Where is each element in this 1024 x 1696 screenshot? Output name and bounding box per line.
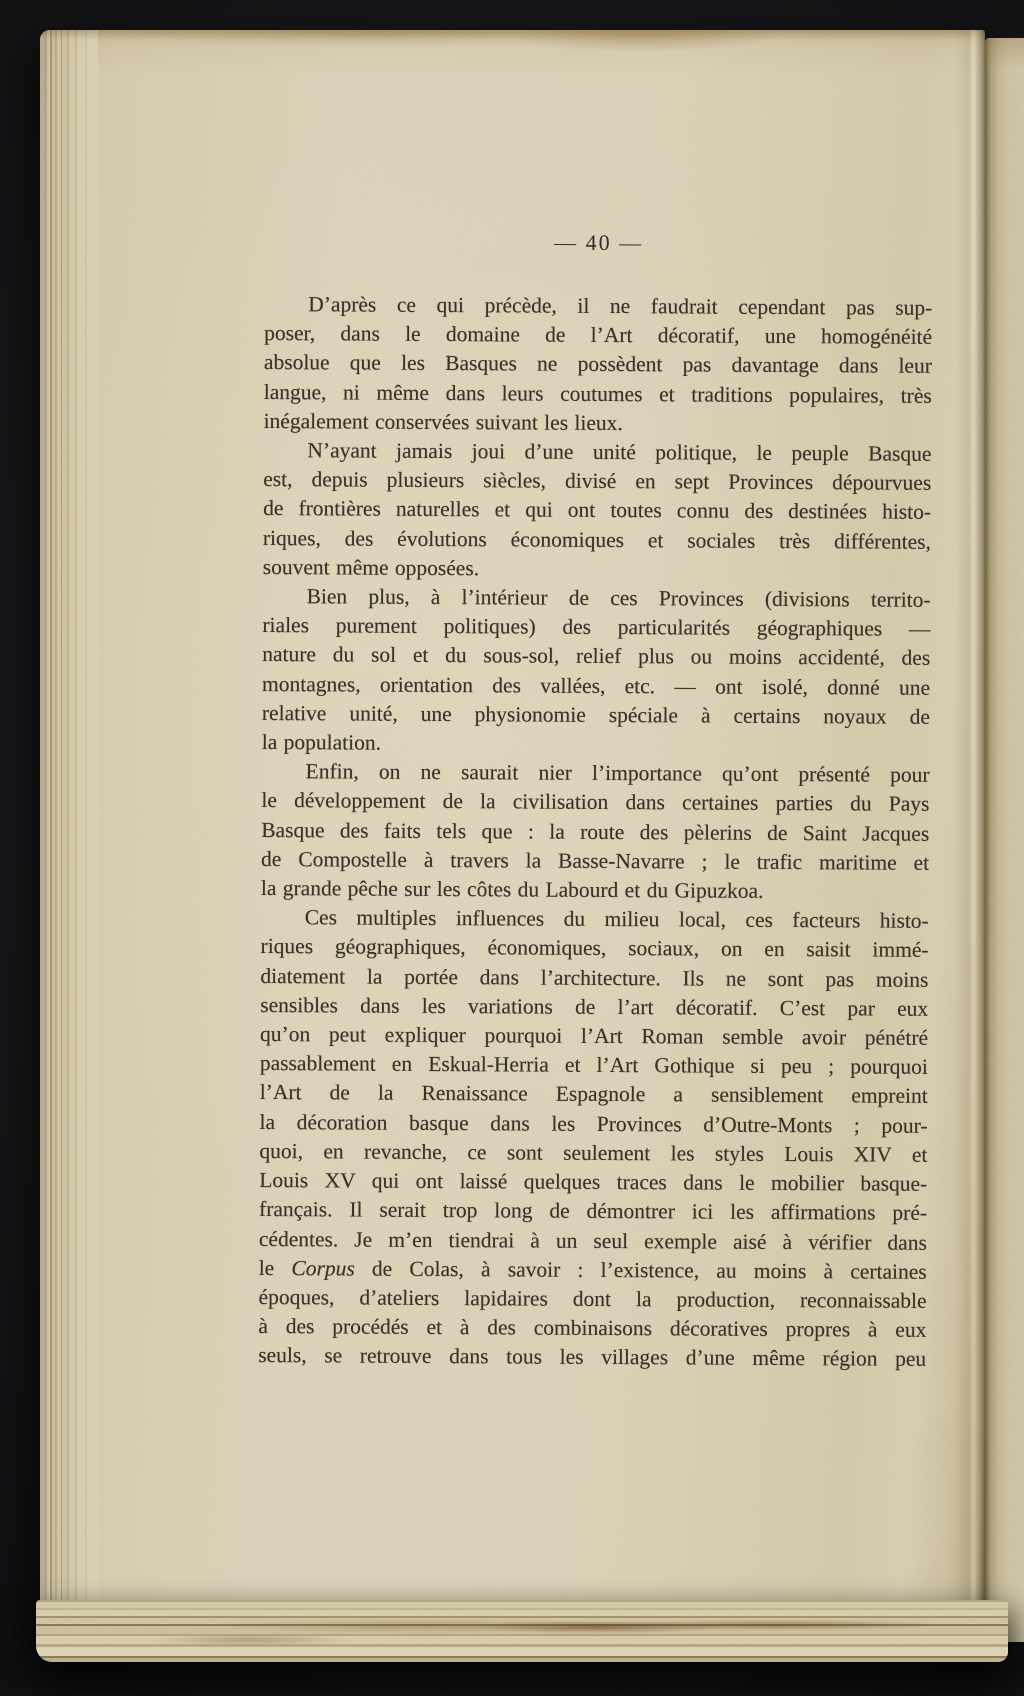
- text-line: nature du sol et du sous-sol, relief plu…: [262, 640, 930, 673]
- text-line: cédentes. Je m’en tiendrai à un seul exe…: [259, 1224, 927, 1257]
- text-line: diatement la portée dans l’architecture.…: [260, 962, 928, 995]
- paragraph: N’ayant jamais joui d’une unité politiqu…: [263, 436, 932, 586]
- page-number: — 40 —: [265, 228, 933, 258]
- text-line: de frontières naturelles et qui ont tout…: [263, 494, 931, 527]
- text-line: Louis XV qui ont laissé quelques traces …: [259, 1166, 927, 1199]
- paragraph: D’après ce qui précède, il ne faudrait c…: [264, 290, 933, 440]
- page-gutter-crease: [955, 30, 985, 1608]
- text-line: qu’on peut expliquer pourquoi l’Art Roma…: [260, 1020, 928, 1053]
- text-line: le Corpus de Colas, à savoir : l’existen…: [259, 1254, 927, 1287]
- text-line: la population.: [262, 728, 930, 761]
- text-line: montagnes, orientation des vallées, etc.…: [262, 670, 930, 703]
- paragraph: Ces multiples influences du milieu local…: [258, 903, 929, 1374]
- text-line: N’ayant jamais joui d’une unité politiqu…: [263, 436, 931, 469]
- text-line: de Compostelle à travers la Basse-Navarr…: [261, 845, 929, 878]
- text-line: riales purement politiques) des particul…: [262, 611, 930, 644]
- text-block: — 40 — D’après ce qui précède, il ne fau…: [258, 180, 933, 1374]
- book-page: — 40 — D’après ce qui précède, il ne fau…: [40, 30, 985, 1608]
- text-line: inégalement conservées suivant les lieux…: [264, 407, 932, 440]
- paragraph: Bien plus, à l’intérieur de ces Province…: [262, 582, 931, 761]
- text-line: poser, dans le domaine de l’Art décorati…: [264, 319, 932, 352]
- page-stack-left-edge: [40, 30, 98, 1608]
- text-line: absolue que les Basques ne possèdent pas…: [264, 348, 932, 381]
- text-line: est, depuis plusieurs siècles, divisé en…: [263, 465, 931, 498]
- text-line: riques, des évolutions économiques et so…: [263, 524, 931, 557]
- paragraph: Enfin, on ne saurait nier l’importance q…: [261, 757, 930, 907]
- text-line: seuls, se retrouve dans tous les village…: [258, 1341, 926, 1374]
- facing-page-edge: [985, 38, 1024, 1642]
- text-line: D’après ce qui précède, il ne faudrait c…: [264, 290, 932, 323]
- page-stack-bottom-edge: [36, 1600, 1008, 1662]
- text-line: français. Il serait trop long de démontr…: [259, 1195, 927, 1228]
- text-line: relative unité, une physionomie spéciale…: [262, 699, 930, 732]
- text-line: langue, ni même dans leurs coutumes et t…: [264, 378, 932, 411]
- text-line: la grande pêche sur les côtes du Labourd…: [261, 874, 929, 907]
- text-line: la décoration basque dans les Provinces …: [259, 1108, 927, 1141]
- text-line: sensibles dans les variations de l’art d…: [260, 991, 928, 1024]
- paragraphs: D’après ce qui précède, il ne faudrait c…: [258, 290, 932, 1374]
- text-line: le développement de la civilisation dans…: [261, 786, 929, 819]
- text-line: à des procédés et à des combinaisons déc…: [258, 1312, 926, 1345]
- text-line: quoi, en revanche, ce sont seulement les…: [259, 1137, 927, 1170]
- text-line: l’Art de la Renaissance Espagnole a sens…: [260, 1078, 928, 1111]
- text-line: époques, d’ateliers lapidaires dont la p…: [258, 1283, 926, 1316]
- text-line: passablement en Eskual-Herria et l’Art G…: [260, 1049, 928, 1082]
- page-top-edge-shade: [40, 30, 985, 40]
- text-line: Enfin, on ne saurait nier l’importance q…: [262, 757, 930, 790]
- book-scan-view: — 40 — D’après ce qui précède, il ne fau…: [0, 0, 1024, 1696]
- text-line: Ces multiples influences du milieu local…: [261, 903, 929, 936]
- text-line: Bien plus, à l’intérieur de ces Province…: [263, 582, 931, 615]
- text-line: riques géographiques, économiques, socia…: [260, 932, 928, 965]
- text-line: Basque des faits tels que : la route des…: [261, 816, 929, 849]
- text-line: souvent même opposées.: [263, 553, 931, 586]
